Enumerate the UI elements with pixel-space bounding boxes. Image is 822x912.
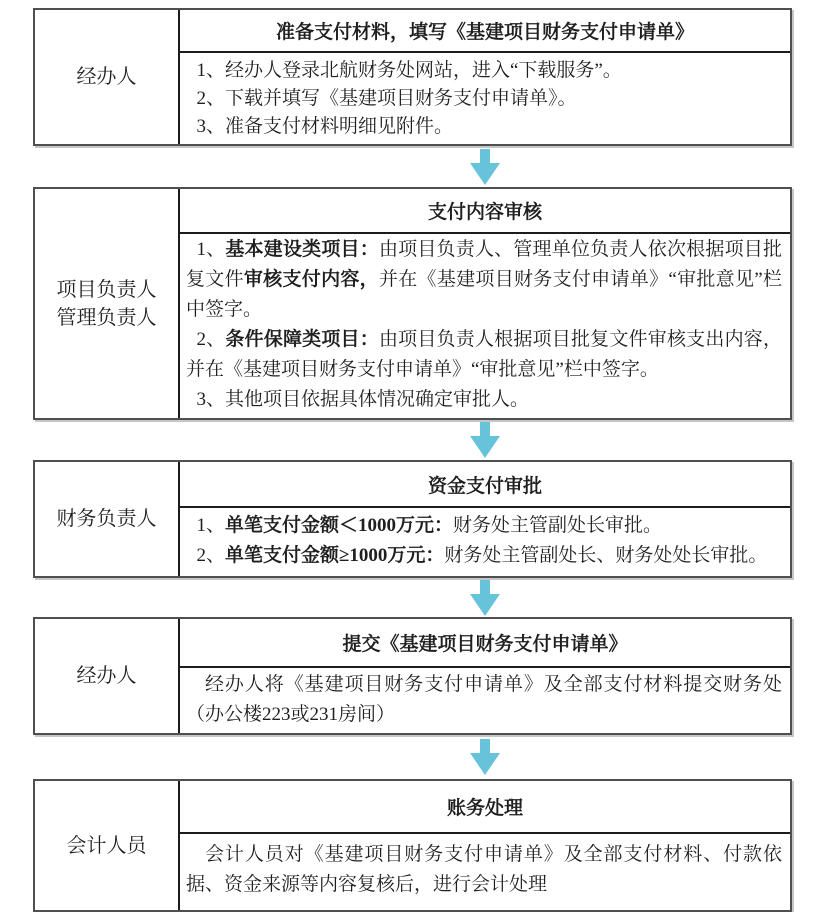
role-cell: 经办人 [35, 10, 180, 144]
arrow-down-icon [470, 149, 500, 185]
emphasis-text: 审核支付内容， [244, 269, 379, 290]
step-title: 支付内容审核 [180, 189, 790, 234]
body-paragraph: 经办人将《基建项目财务支付申请单》及全部支付材料提交财务处（办公楼223或231… [186, 670, 782, 730]
role-label: 财务负责人 [57, 505, 157, 533]
body-text: 2、 [196, 545, 225, 566]
role-cell: 项目负责人管理负责人 [35, 189, 180, 418]
body-paragraph: 3、其他项目依据具体情况确定审批人。 [186, 385, 782, 415]
process-step: 项目负责人管理负责人 支付内容审核 1、基本建设类项目：由项目负责人、管理单位负… [33, 187, 792, 420]
body-text: 1、 [196, 515, 225, 536]
process-step: 财务负责人 资金支付审批 1、单笔支付金额＜1000万元：财务处主管副处长审批。… [33, 460, 792, 578]
step-body: 1、单笔支付金额＜1000万元：财务处主管副处长审批。2、单笔支付金额≥1000… [180, 508, 790, 576]
role-cell: 财务负责人 [35, 462, 180, 576]
arrow-head [470, 753, 500, 775]
body-text: 经办人将《基建项目财务支付申请单》及全部支付材料提交财务处（办公楼223或231… [186, 674, 782, 725]
step-body: 1、经办人登录北航财务处网站，进入“下载服务”。2、下载并填写《基建项目财务支付… [180, 53, 790, 144]
body-text: 会计人员对《基建项目财务支付申请单》及全部支付材料、付款依据、资金来源等内容复核… [186, 844, 782, 895]
body-paragraph: 会计人员对《基建项目财务支付申请单》及全部支付材料、付款依据、资金来源等内容复核… [186, 840, 782, 900]
down-arrow [178, 735, 792, 779]
step-body: 1、基本建设类项目：由项目负责人、管理单位负责人依次根据项目批复文件审核支付内容… [180, 234, 790, 418]
step-title: 准备支付材料，填写《基建项目财务支付申请单》 [180, 10, 790, 53]
body-text: 1、经办人登录北航财务处网站，进入“下载服务”。 [196, 60, 621, 81]
process-step: 经办人 准备支付材料，填写《基建项目财务支付申请单》 1、经办人登录北航财务处网… [33, 8, 792, 146]
arrow-stem [480, 422, 490, 436]
body-text: 2、下载并填写《基建项目财务支付申请单》。 [196, 88, 576, 109]
body-text: 2、 [196, 329, 225, 350]
body-paragraph: 1、经办人登录北航财务处网站，进入“下载服务”。 [186, 57, 782, 85]
body-paragraph: 2、下载并填写《基建项目财务支付申请单》。 [186, 85, 782, 113]
arrow-head [470, 163, 500, 185]
body-paragraph: 1、单笔支付金额＜1000万元：财务处主管副处长审批。 [186, 511, 782, 541]
step-body: 经办人将《基建项目财务支付申请单》及全部支付材料提交财务处（办公楼223或231… [180, 668, 790, 733]
role-label: 管理负责人 [57, 304, 157, 332]
body-paragraph: 2、条件保障类项目：由项目负责人根据项目批复文件审核支出内容，并在《基建项目财务… [186, 325, 782, 385]
step-title: 提交《基建项目财务支付申请单》 [180, 619, 790, 668]
role-cell: 会计人员 [35, 781, 180, 910]
arrow-stem [480, 739, 490, 753]
role-label: 会计人员 [67, 832, 147, 860]
step-title: 账务处理 [180, 781, 790, 834]
down-arrow [178, 146, 792, 187]
body-text: 1、 [196, 239, 225, 260]
role-label: 项目负责人 [57, 276, 157, 304]
emphasis-text: 条件保障类项目： [225, 329, 379, 350]
body-text: 财务处主管副处长、财务处处长审批。 [444, 545, 767, 566]
arrow-head [470, 436, 500, 458]
flowchart: 经办人 准备支付材料，填写《基建项目财务支付申请单》 1、经办人登录北航财务处网… [0, 0, 822, 904]
body-text: 3、准备支付材料明细见附件。 [196, 116, 453, 137]
arrow-stem [480, 580, 490, 594]
step-body: 会计人员对《基建项目财务支付申请单》及全部支付材料、付款依据、资金来源等内容复核… [180, 834, 790, 910]
emphasis-text: 单笔支付金额＜1000万元： [225, 515, 453, 536]
process-step: 经办人 提交《基建项目财务支付申请单》 经办人将《基建项目财务支付申请单》及全部… [33, 617, 792, 735]
step-title: 资金支付审批 [180, 462, 790, 508]
emphasis-text: 基本建设类项目： [225, 239, 379, 260]
body-paragraph: 2、单笔支付金额≥1000万元：财务处主管副处长、财务处处长审批。 [186, 541, 782, 571]
body-text: 财务处主管副处长审批。 [453, 515, 662, 536]
role-label: 经办人 [77, 63, 137, 91]
down-arrow [178, 420, 792, 460]
down-arrow [178, 578, 792, 617]
arrow-stem [480, 149, 490, 163]
arrow-down-icon [470, 580, 500, 616]
body-paragraph: 1、基本建设类项目：由项目负责人、管理单位负责人依次根据项目批复文件审核支付内容… [186, 235, 782, 325]
emphasis-text: 单笔支付金额≥1000万元： [225, 545, 444, 566]
role-cell: 经办人 [35, 619, 180, 733]
role-label: 经办人 [77, 662, 137, 690]
arrow-down-icon [470, 422, 500, 458]
arrow-down-icon [470, 739, 500, 775]
arrow-head [470, 594, 500, 616]
body-paragraph: 3、准备支付材料明细见附件。 [186, 113, 782, 141]
process-step: 会计人员 账务处理 会计人员对《基建项目财务支付申请单》及全部支付材料、付款依据… [33, 779, 792, 912]
body-text: 3、其他项目依据具体情况确定审批人。 [196, 389, 529, 410]
